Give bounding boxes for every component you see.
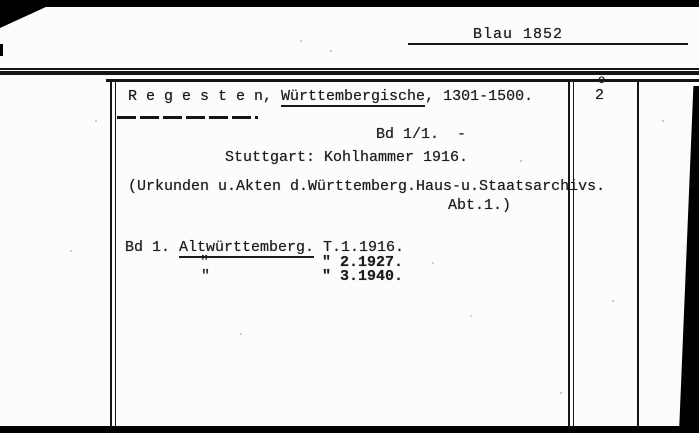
title-headword: R e g e s t e n, [128, 88, 272, 105]
header-rule-thin [0, 68, 699, 70]
ditto-mark: " [322, 268, 331, 285]
scan-border-right [679, 86, 699, 433]
series-line: (Urkunden u.Akten d.Württemberg.Haus-u.S… [128, 178, 605, 195]
shelfmark-format: o [598, 74, 605, 86]
ditto-mark: " [201, 268, 210, 285]
shelfmark-number: 2 [595, 88, 604, 103]
holdings-part-3: 3.1940. [340, 268, 403, 285]
scan-edge-mark [0, 44, 3, 56]
left-margin-rule-inner [115, 79, 117, 427]
library-catalog-card-scan: Blau 1852 R e g e s t e n,Württembergisc… [0, 0, 699, 433]
title-line: R e g e s t e n,Württembergische, 1301-1… [128, 88, 533, 105]
scan-border-bottom [0, 426, 699, 433]
reference-heading: Blau 1852 [473, 26, 563, 43]
right-column-rule-outer [568, 79, 570, 427]
left-margin-rule-outer [110, 79, 112, 427]
title-dates: , 1301-1500. [425, 88, 533, 105]
volume-line: Bd 1/1. - [376, 126, 466, 143]
card-top-rule [106, 79, 699, 82]
scan-border-top [0, 0, 699, 7]
imprint-line: Stuttgart: Kohlhammer 1916. [225, 149, 468, 166]
holdings-row-3: "3.1940. [322, 268, 403, 285]
shelfmark-column-rule [637, 79, 639, 427]
scan-corner-shadow [0, 6, 48, 28]
title-subject: Württembergische [281, 88, 425, 107]
series-abbreviation: Abt.1.) [448, 197, 511, 214]
headword-underline-dashed [117, 116, 258, 119]
reference-underline [408, 43, 688, 45]
right-column-rule-inner [573, 79, 575, 427]
scan-noise [0, 0, 2, 2]
header-rule-thick [0, 71, 699, 75]
holdings-volume-label: Bd 1. [125, 239, 170, 256]
